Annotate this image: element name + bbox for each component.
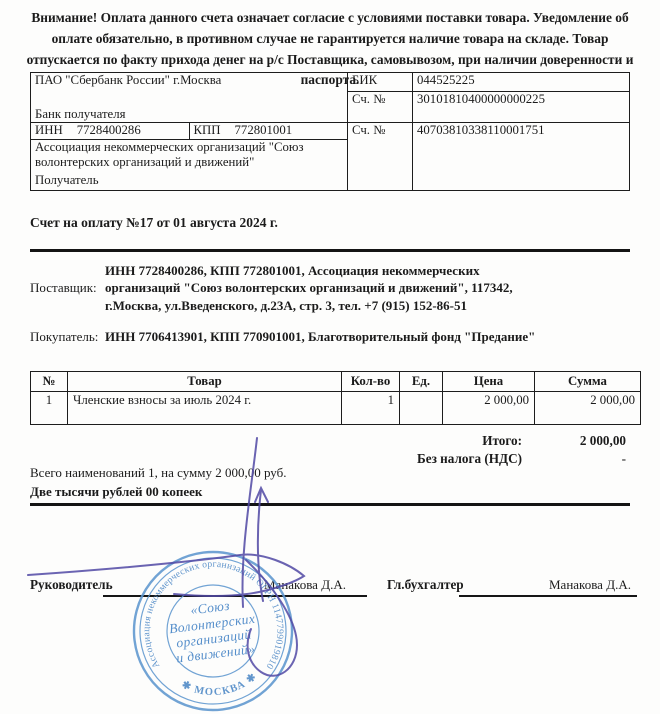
bank-name-cell: ПАО "Сбербанк России" г.Москва Банк полу… xyxy=(31,73,348,123)
buyer-label: Покупатель: xyxy=(30,329,105,345)
recipient-label: Получатель xyxy=(35,173,343,188)
item-price: 2 000,00 xyxy=(443,392,535,425)
items-count-line: Всего наименований 1, на сумму 2 000,00 … xyxy=(30,464,287,483)
bank-row-bik: ПАО "Сбербанк России" г.Москва Банк полу… xyxy=(31,73,630,92)
tax-row: Без налога (НДС) - xyxy=(330,450,626,468)
header-sum: Сумма xyxy=(535,372,641,392)
accountant-label: Гл.бухгалтер xyxy=(387,577,464,593)
supplier-value: ИНН 7728400286, КПП 772801001, Ассоциаци… xyxy=(105,262,537,314)
accountant-signature-line xyxy=(459,595,637,597)
kpp-cell: КПП772801001 xyxy=(189,123,348,140)
items-header-row: № Товар Кол-во Ед. Цена Сумма xyxy=(31,372,641,392)
item-product: Членские взносы за июль 2024 г. xyxy=(68,392,342,425)
inn-value: 7728400286 xyxy=(77,123,141,137)
supplier-label: Поставщик: xyxy=(30,280,105,296)
director-label: Руководитель xyxy=(30,577,113,593)
invoice-document: Внимание! Оплата данного счета означает … xyxy=(0,0,660,714)
item-sum: 2 000,00 xyxy=(535,392,641,425)
invoice-title: Счет на оплату №17 от 01 августа 2024 г. xyxy=(30,215,278,231)
item-unit xyxy=(400,392,443,425)
buyer-value: ИНН 7706413901, КПП 770901001, Благотвор… xyxy=(105,328,625,345)
divider-bottom xyxy=(30,503,630,506)
header-quantity: Кол-во xyxy=(342,372,400,392)
bank-details-table: ПАО "Сбербанк России" г.Москва Банк полу… xyxy=(30,72,630,191)
header-price: Цена xyxy=(443,372,535,392)
totals-block: Итого: 2 000,00 Без налога (НДС) - xyxy=(330,432,626,468)
bank-row-inn-kpp: ИНН7728400286 КПП772801001 Сч. № 4070381… xyxy=(31,123,630,140)
items-table: № Товар Кол-во Ед. Цена Сумма 1 Членские… xyxy=(30,371,641,425)
tax-value: - xyxy=(522,450,626,468)
account-label: Сч. № xyxy=(348,123,413,191)
bik-value: 044525225 xyxy=(413,73,630,92)
svg-text:✱ МОСКВА ✱: ✱ МОСКВА ✱ xyxy=(178,670,261,703)
header-product: Товар xyxy=(68,372,342,392)
accountant-name: Манакова Д.А. xyxy=(549,577,631,593)
organization-stamp: Ассоциация некоммерческих организаций ОГ… xyxy=(128,546,298,714)
item-quantity: 1 xyxy=(342,392,400,425)
item-number: 1 xyxy=(31,392,68,425)
header-number: № xyxy=(31,372,68,392)
buyer-block: Покупатель: ИНН 7706413901, КПП 77090100… xyxy=(30,328,625,345)
total-label: Итого: xyxy=(330,432,522,450)
corr-account-value: 30101810400000000225 xyxy=(413,92,630,123)
item-row: 1 Членские взносы за июль 2024 г. 1 2 00… xyxy=(31,392,641,425)
total-row: Итого: 2 000,00 xyxy=(330,432,626,450)
kpp-label: КПП xyxy=(194,123,221,137)
kpp-value: 772801001 xyxy=(235,123,293,137)
recipient-name: Ассоциация некоммерческих организаций "С… xyxy=(35,140,343,170)
supplier-block: Поставщик: ИНН 7728400286, КПП 772801001… xyxy=(30,262,537,314)
total-value: 2 000,00 xyxy=(522,432,626,450)
account-value: 40703810338110001751 xyxy=(413,123,630,191)
header-unit: Ед. xyxy=(400,372,443,392)
bank-name: ПАО "Сбербанк России" г.Москва xyxy=(35,73,343,88)
inn-cell: ИНН7728400286 xyxy=(31,123,190,140)
bank-label: Банк получателя xyxy=(35,107,343,122)
tax-label: Без налога (НДС) xyxy=(330,450,522,468)
corr-account-label: Сч. № xyxy=(348,92,413,123)
bik-label: БИК xyxy=(348,73,413,92)
recipient-cell: Ассоциация некоммерческих организаций "С… xyxy=(31,140,348,191)
divider-top xyxy=(30,249,630,252)
stamp-city-text: ✱ МОСКВА ✱ xyxy=(178,670,261,703)
summary-block: Всего наименований 1, на сумму 2 000,00 … xyxy=(30,464,287,502)
inn-label: ИНН xyxy=(35,123,63,137)
amount-in-words: Две тысячи рублей 00 копеек xyxy=(30,483,287,502)
